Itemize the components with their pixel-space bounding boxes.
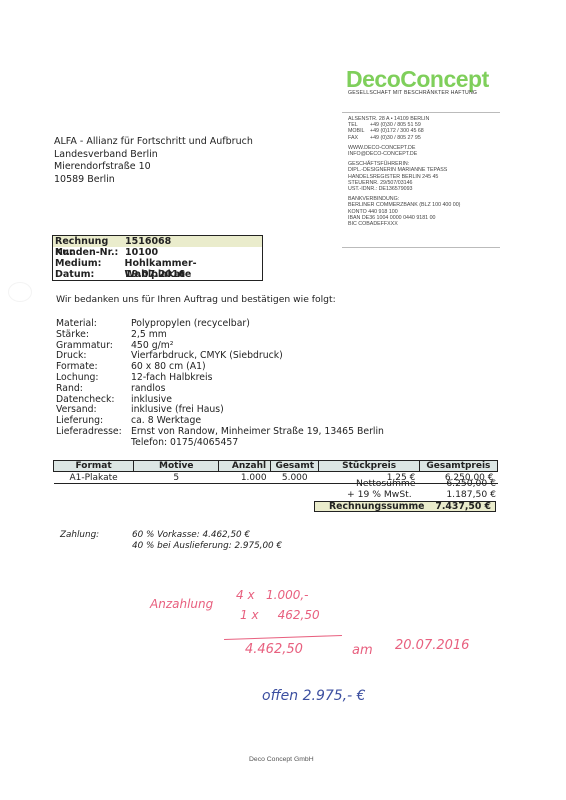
medium-row: Medium:Hohlkammer-Wahlplakate [53,258,262,269]
spec-format: Formate:60 x 80 cm (A1) [56,362,384,373]
handwritten-date: 20.07.2016 [395,638,469,653]
customer-number-row: Kunden-Nr.:10100 [53,247,262,258]
col-format: Format [54,461,134,472]
handwritten-line2: 1 x 462,50 [240,608,320,622]
company-address-block: ALSENSTR. 28 A • 14109 BERLIN TEL+49 (0)… [348,116,460,227]
handwritten-am: am [352,643,373,658]
col-total: Gesamt [271,461,319,472]
scan-mark [8,282,32,302]
col-total-price: Gesamtpreis [419,461,497,472]
payment-terms: Zahlung:60 % Vorkasse: 4.462,50 € 40 % b… [60,530,282,552]
company-legal-form: GESELLSCHAFT MIT BESCHRÄNKTER HAFTUNG [348,90,477,96]
table-row: A1-Plakate 5 1.000 5.000 1,25 € 6.250,00… [54,472,498,484]
vat-value: 1.187,50 € [446,489,496,500]
invoice-number-row: Rechnung Nr.:1516068 [53,236,262,247]
spec-edge: Rand:randlos [56,384,384,395]
bank-name: BERLINER COMMERZBANK (BLZ 100 400 00) [348,202,460,208]
management-name: DIPL.-DESIGNERIN MARIANNE TEPASS [348,167,460,173]
col-count: Anzahl [219,461,271,472]
spec-shipping: Versand:inklusive (frei Haus) [56,405,384,416]
spec-thickness: Stärke:2,5 mm [56,330,384,341]
invoice-info-box: Rechnung Nr.:1516068 Kunden-Nr.:10100 Me… [52,235,263,281]
net-sum-value: 6.250,00 € [446,478,496,489]
spec-phone: Telefon: 0175/4065457 [56,438,384,449]
bank-bic: BIC COBADEFFXXX [348,221,460,227]
company-logo: DecoConcept [346,66,489,93]
payment-label: Zahlung: [60,530,132,541]
spec-list: Material:Polypropylen (recycelbar) Stärk… [56,319,384,449]
spec-holes: Lochung:12-fach Halbkreis [56,373,384,384]
spec-print: Druck:Vierfarbdruck, CMYK (Siebdruck) [56,351,384,362]
invoice-total-box: Rechnungssumme 7.437,50 € [314,501,496,512]
handwritten-total: 4.462,50 [245,642,303,657]
vat-label: + 19 % MwSt. [347,489,412,500]
recipient-address: ALFA - Allianz für Fortschritt und Aufbr… [54,136,253,186]
invoice-total-value: 7.437,50 € [435,502,491,511]
payment-advance: 60 % Vorkasse: 4.462,50 € [132,530,250,541]
divider [342,247,500,248]
net-sum-label: Nettosumme [356,478,416,489]
date-row: Datum:19.07.2016 [53,269,262,280]
divider [342,112,500,113]
col-unit-price: Stückpreis [319,461,419,472]
items-table: Format Motive Anzahl Gesamt Stückpreis G… [53,460,498,484]
payment-on-delivery: 40 % bei Auslieferung: 2.975,00 € [132,541,282,552]
intro-text: Wir bedanken uns für Ihren Auftrag und b… [56,294,336,305]
invoice-total-label: Rechnungssumme [319,502,424,511]
footer-company: Deco Concept GmbH [249,756,314,763]
col-motive: Motive [134,461,219,472]
handwritten-line1: 4 x 1.000,- [236,588,309,602]
handwritten-anzahlung: Anzahlung [150,597,213,611]
handwritten-sum-line [224,635,342,640]
spec-material: Material:Polypropylen (recycelbar) [56,319,384,330]
handwritten-outstanding: offen 2.975,- € [262,688,366,704]
